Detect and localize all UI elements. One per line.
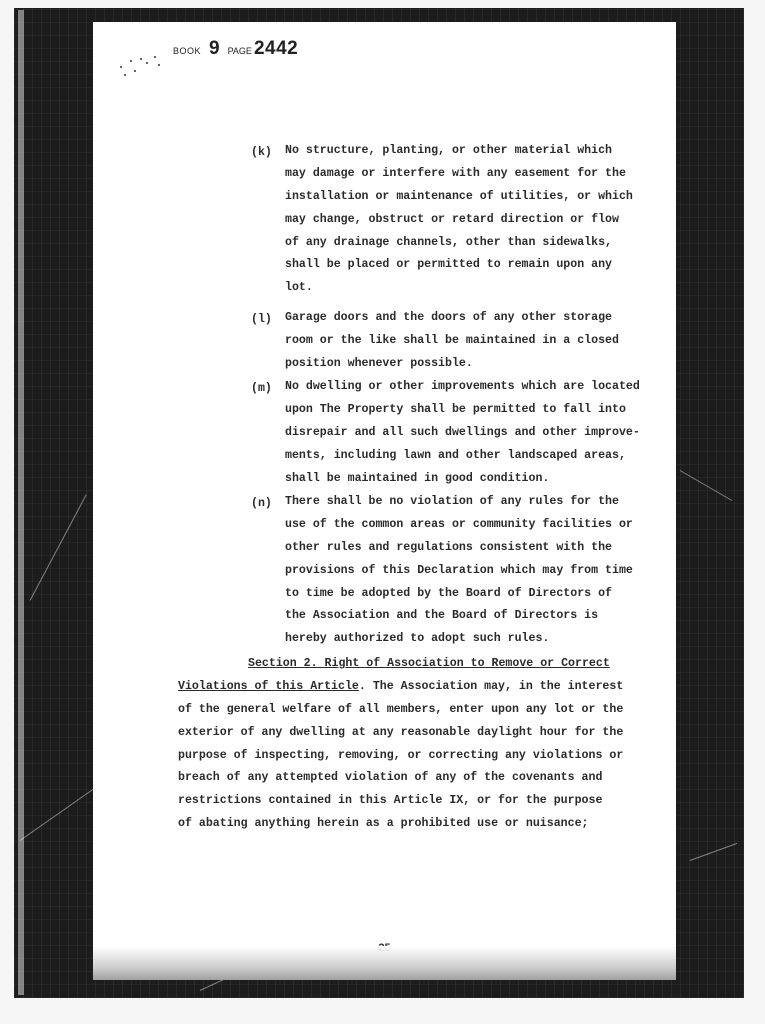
clause-line: There shall be no violation of any rules… — [285, 491, 645, 514]
clause-line: shall be placed or permitted to remain u… — [285, 254, 645, 277]
section-heading: Section 2. Right of Association to Remov… — [178, 653, 638, 676]
clause-label-k: (k) — [251, 146, 272, 159]
clause-line: provisions of this Declaration which may… — [285, 560, 645, 583]
clause-n: There shall be no violation of any rules… — [285, 491, 645, 651]
clause-k: No structure, planting, or other materia… — [285, 140, 645, 300]
clause-l: Garage doors and the doors of any other … — [285, 307, 645, 376]
clause-line: may damage or interfere with any easemen… — [285, 163, 645, 186]
page-label: PAGE — [228, 46, 252, 56]
scan-noise — [93, 946, 676, 980]
scan-specks — [118, 52, 178, 82]
book-page-stamp: BOOK 9 PAGE 2442 — [173, 38, 298, 60]
clause-line: No structure, planting, or other materia… — [285, 140, 645, 163]
section-body-start: . The Association may, in the interest — [359, 680, 623, 693]
clause-line: No dwelling or other improvements which … — [285, 376, 645, 399]
clause-line: position whenever possible. — [285, 353, 645, 376]
clause-line: the Association and the Board of Directo… — [285, 605, 645, 628]
section-line: restrictions contained in this Article I… — [178, 790, 638, 813]
clause-line: upon The Property shall be permitted to … — [285, 399, 645, 422]
section-2: Section 2. Right of Association to Remov… — [178, 653, 638, 836]
book-volume: 9 — [209, 38, 220, 60]
clause-label-m: (m) — [251, 382, 272, 395]
scan-edge — [18, 10, 24, 995]
section-heading-cont: Violations of this Article. The Associat… — [178, 676, 638, 699]
clause-line: other rules and regulations consistent w… — [285, 537, 645, 560]
document-page: BOOK 9 PAGE 2442 (k) No structure, plant… — [93, 22, 676, 980]
section-line: breach of any attempted violation of any… — [178, 767, 638, 790]
section-heading-text-2: Violations of this Article — [178, 680, 359, 693]
clause-line: shall be maintained in good condition. — [285, 468, 645, 491]
recorded-page-number: 2442 — [254, 38, 298, 60]
clause-line: of any drainage channels, other than sid… — [285, 232, 645, 255]
section-line: of the general welfare of all members, e… — [178, 699, 638, 722]
clause-line: lot. — [285, 277, 645, 300]
clause-line: use of the common areas or community fac… — [285, 514, 645, 537]
clause-label-n: (n) — [251, 497, 272, 510]
section-line: exterior of any dwelling at any reasonab… — [178, 722, 638, 745]
book-label: BOOK — [173, 46, 201, 56]
clause-label-l: (l) — [251, 313, 272, 326]
section-heading-text: Section 2. Right of Association to Remov… — [248, 657, 610, 670]
clause-m: No dwelling or other improvements which … — [285, 376, 645, 490]
section-line: purpose of inspecting, removing, or corr… — [178, 745, 638, 768]
clause-line: ments, including lawn and other landscap… — [285, 445, 645, 468]
clause-line: Garage doors and the doors of any other … — [285, 307, 645, 330]
clause-line: hereby authorized to adopt such rules. — [285, 628, 645, 651]
clause-line: may change, obstruct or retard direction… — [285, 209, 645, 232]
clause-line: installation or maintenance of utilities… — [285, 186, 645, 209]
clause-line: room or the like shall be maintained in … — [285, 330, 645, 353]
clause-line: to time be adopted by the Board of Direc… — [285, 583, 645, 606]
section-line: of abating anything herein as a prohibit… — [178, 813, 638, 836]
clause-line: disrepair and all such dwellings and oth… — [285, 422, 645, 445]
